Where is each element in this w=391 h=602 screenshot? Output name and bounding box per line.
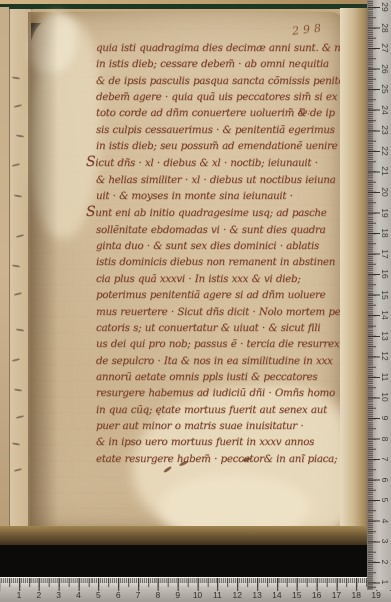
horizontal-ruler: 1234567891011121314151617181920: [0, 577, 391, 602]
ruler-number: 4: [76, 590, 81, 600]
ruler-number: 6: [378, 473, 390, 487]
manuscript-line: quia isti quadragima dies decimæ anni su…: [96, 40, 358, 56]
ruler-number: 10: [193, 590, 202, 600]
bleedthrough-text-mark: [14, 194, 22, 198]
ruler-number: 1: [17, 590, 22, 600]
manuscript-text-block: quia isti quadragima dies decimæ anni su…: [96, 40, 358, 467]
ruler-number: 29: [378, 0, 390, 14]
ruler-number: 9: [378, 411, 390, 425]
ruler-number: 24: [378, 103, 390, 117]
bleedthrough-text-mark: [12, 163, 20, 167]
manuscript-line: in istis dieb; seu possum̃ ad emendation…: [96, 138, 358, 154]
manuscript-line: cia plus quã xxxvi · In istis xxx & vi d…: [96, 271, 358, 287]
ruler-number: 25: [378, 82, 390, 96]
ruler-number: 28: [378, 21, 390, 35]
manuscript-line: de sepulcro · Ita & nos in ea similitudi…: [96, 353, 358, 369]
photo-stage: 298 q̃b; quia isti quadragima dies decim…: [0, 0, 391, 602]
ruler-number: 18: [352, 590, 361, 600]
manuscript-line: & de ipsis pasculis pasqua sancta cõmiss…: [96, 73, 358, 89]
facing-page-edge-outer: [0, 7, 9, 535]
ruler-number: 14: [378, 308, 390, 322]
ruler-number: 2: [378, 555, 390, 569]
ruler-number: 8: [156, 590, 161, 600]
manuscript-line: catoris s; ut conuertatur & uiuat · & si…: [96, 320, 358, 336]
ruler-number: 19: [378, 206, 390, 220]
ruler-number: 21: [378, 164, 390, 178]
ruler-number: 3: [378, 534, 390, 548]
manuscript-line: poterimus penitentiã agere si ad dñm uol…: [96, 287, 358, 303]
manuscript-line: toto corde ad dñm conuertere uoluerim̃ &…: [96, 105, 358, 121]
bleedthrough-text-mark: [12, 358, 20, 362]
ruler-number: 19: [371, 590, 380, 600]
bleedthrough-text-mark: [12, 76, 20, 80]
ruler-number: 18: [378, 226, 390, 240]
ruler-number: 26: [378, 62, 390, 76]
manuscript-line: & in ipso uero mortuus fuerit in xxxv an…: [96, 434, 358, 450]
ruler-number: 7: [378, 452, 390, 466]
ruler-number: 8: [378, 432, 390, 446]
manuscript-line: annorũ aetate omnis ppls iusti & peccato…: [96, 369, 358, 385]
ruler-number: 15: [292, 590, 301, 600]
ruler-number: 17: [332, 590, 341, 600]
folio-number: 298: [291, 21, 325, 37]
ruler-number: 13: [252, 590, 261, 600]
bleedthrough-text-mark: [16, 415, 24, 419]
ruler-number: 13: [378, 329, 390, 343]
bleedthrough-text-mark: [14, 104, 22, 108]
ruler-number: 1: [378, 575, 390, 589]
ruler-number: 5: [378, 493, 390, 507]
ruler-number: 22: [378, 144, 390, 158]
ruler-number: 27: [378, 41, 390, 55]
bleedthrough-text-mark: [14, 388, 22, 392]
facing-page-edge: [9, 9, 31, 535]
backdrop-bottom-strip: [0, 545, 391, 578]
bleedthrough-text-mark: [16, 328, 24, 332]
ruler-number: 15: [378, 288, 390, 302]
bleedthrough-text-mark: [16, 134, 24, 138]
manuscript-line: istis dominicis diebus non remanent in a…: [96, 254, 358, 270]
ruler-number: 16: [378, 267, 390, 281]
manuscript-line: debem̃ agere · quia quã uis peccatores s…: [96, 89, 358, 105]
fore-edge-pages: [340, 8, 370, 538]
ruler-number: 4: [378, 514, 390, 528]
ruler-number: 14: [272, 590, 281, 600]
ruler-number: 6: [116, 590, 121, 600]
ruler-number: 3: [56, 590, 61, 600]
ruler-number: 16: [312, 590, 321, 600]
bleedthrough-text-mark: [12, 442, 20, 446]
manuscript-line: in qua cũq; ętate mortuus fuerit aut sen…: [96, 402, 358, 418]
manuscript-line: Sunt eni ab initio quadragesime usq; ad …: [86, 204, 358, 221]
bleedthrough-text-mark: [14, 292, 22, 296]
manuscript-line: in istis dieb; cessare debem̃ · ab omni …: [96, 56, 358, 72]
ruler-number: 12: [233, 590, 242, 600]
manuscript-line: mus reuertere · Sicut dñs dicit · Nolo m…: [96, 304, 358, 320]
ruler-number: 7: [136, 590, 141, 600]
manuscript-line: etate resurgere habem̃ · peccator& in an…: [96, 451, 358, 467]
bleedthrough-text-mark: [14, 468, 22, 472]
bleedthrough-text-mark: [16, 234, 24, 238]
manuscript-line: us dei qui pro nob; passus ẽ · tercia di…: [96, 336, 358, 352]
ruler-number: 12: [378, 349, 390, 363]
vertical-ruler: 2928272625242322212019181716151413121110…: [367, 0, 391, 590]
manuscript-line: puer aut minor o matris suae inuisitatur…: [96, 418, 358, 434]
manuscript-line: sollẽnitate ebdomadas vi · & sunt dies q…: [96, 222, 358, 238]
ruler-number: 17: [378, 247, 390, 261]
ruler-number: 11: [378, 370, 390, 384]
ruler-number: 10: [378, 390, 390, 404]
ruler-number: 23: [378, 123, 390, 137]
ruler-number: 9: [175, 590, 180, 600]
manuscript-line: ginta duo · & sunt sex dies dominici · a…: [96, 238, 358, 254]
manuscript-page: 298 q̃b; quia isti quadragima dies decim…: [30, 12, 348, 536]
manuscript-line: Sicut dñs · xl · diebus & xl · noctib; i…: [86, 154, 358, 171]
bleedthrough-text-mark: [12, 264, 20, 268]
manuscript-line: sis culpis cessauerimus · & penitentiã e…: [96, 122, 358, 138]
manuscript-line: & helias similiter · xl · diebus ut noct…: [96, 172, 358, 188]
ruler-number: 11: [213, 590, 222, 600]
manuscript-line: resurgere habemus ad iudiciũ dñi · Omñs …: [96, 385, 358, 401]
ruler-number: 5: [96, 590, 101, 600]
manuscript-line: uit · & moyses in monte sina ieiunauit ·: [96, 188, 358, 204]
ruler-number: 20: [378, 185, 390, 199]
ruler-number: 2: [36, 590, 41, 600]
